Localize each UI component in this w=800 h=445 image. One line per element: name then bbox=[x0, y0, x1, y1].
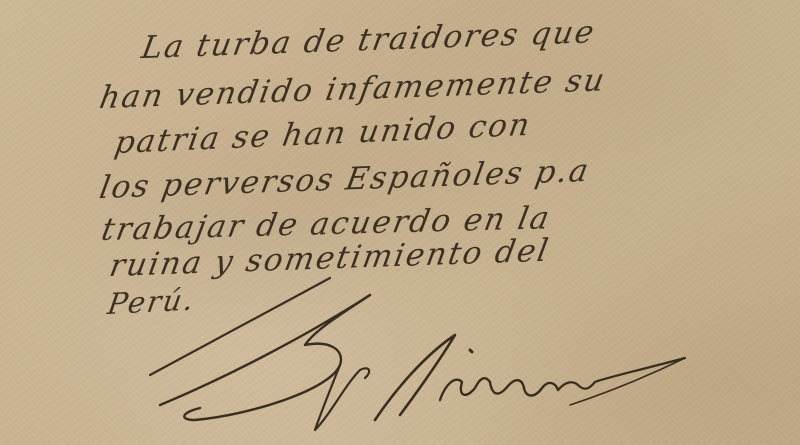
signature: Bolívar bbox=[140, 270, 700, 440]
